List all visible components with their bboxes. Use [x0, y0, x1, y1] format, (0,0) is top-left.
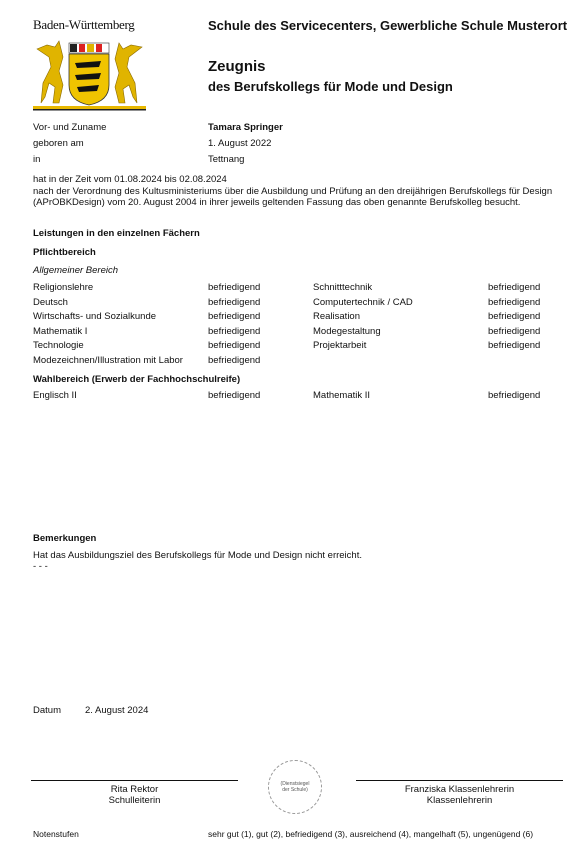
attendance-period: hat in der Zeit vom 01.08.2024 bis 02.08…: [33, 174, 573, 186]
allgemein-heading: Allgemeiner Bereich: [33, 265, 118, 276]
remarks-heading: Bemerkungen: [33, 533, 96, 544]
grade-value: befriedigend: [488, 340, 540, 351]
grade-scale: sehr gut (1), gut (2), befriedigend (3),…: [208, 829, 533, 839]
pflicht-heading: Pflichtbereich: [33, 247, 96, 258]
grade-value: befriedigend: [208, 340, 260, 351]
state-name: Baden-Württemberg: [33, 17, 135, 33]
attendance-paragraph: hat in der Zeit vom 01.08.2024 bis 02.08…: [33, 174, 573, 209]
school-name: Schule des Servicecenters, Gewerbliche S…: [208, 18, 578, 33]
date-value: 2. August 2024: [85, 705, 148, 716]
school-seal-placeholder: (Dienstsiegel der Schule): [268, 760, 322, 814]
teacher-name: Franziska Klassenlehrerin: [356, 784, 563, 795]
document-title: Zeugnis: [208, 58, 266, 75]
document-subtitle: des Berufskollegs für Mode und Design: [208, 79, 508, 95]
remarks-text: Hat das Ausbildungsziel des Berufskolleg…: [33, 550, 362, 561]
subject-name: Religionslehre: [33, 282, 93, 293]
birth-date-label: geboren am: [33, 138, 84, 149]
grade-scale-label: Notenstufen: [33, 829, 79, 839]
regulation-text: nach der Verordnung des Kultusministeriu…: [33, 186, 573, 209]
date-label: Datum: [33, 705, 61, 716]
remarks-filler: - - -: [33, 561, 48, 572]
grade-value: befriedigend: [488, 311, 540, 322]
signature-left: Rita Rektor Schulleiterin: [31, 784, 238, 806]
subject-name: Realisation: [313, 311, 360, 322]
grade-value: befriedigend: [488, 390, 540, 401]
signature-line-left: [31, 780, 238, 781]
subject-name: Computertechnik / CAD: [313, 297, 413, 308]
subject-name: Modezeichnen/Illustration mit Labor: [33, 355, 183, 366]
teacher-role: Klassenlehrerin: [356, 795, 563, 806]
grade-value: befriedigend: [208, 297, 260, 308]
grades-heading: Leistungen in den einzelnen Fächern: [33, 228, 200, 239]
name-label: Vor- und Zuname: [33, 122, 106, 133]
grade-value: befriedigend: [208, 326, 260, 337]
birth-date: 1. August 2022: [208, 138, 271, 149]
subject-name: Technologie: [33, 340, 84, 351]
subject-name: Deutsch: [33, 297, 68, 308]
principal-role: Schulleiterin: [31, 795, 238, 806]
subject-name: Mathematik II: [313, 390, 370, 401]
birth-place: Tettnang: [208, 154, 244, 165]
wahl-heading: Wahlbereich (Erwerb der Fachhochschulrei…: [33, 374, 240, 385]
principal-name: Rita Rektor: [31, 784, 238, 795]
subject-name: Englisch II: [33, 390, 77, 401]
student-name: Tamara Springer: [208, 122, 283, 133]
subject-name: Projektarbeit: [313, 340, 366, 351]
grade-value: befriedigend: [208, 311, 260, 322]
subject-name: Wirtschafts- und Sozialkunde: [33, 311, 156, 322]
grade-value: befriedigend: [208, 355, 260, 366]
signature-right: Franziska Klassenlehrerin Klassenlehreri…: [356, 784, 563, 806]
grade-value: befriedigend: [488, 326, 540, 337]
coat-of-arms-icon: [33, 37, 146, 112]
signature-line-right: [356, 780, 563, 781]
seal-text-line2: der Schule): [281, 787, 310, 793]
birth-place-label: in: [33, 154, 40, 165]
subject-name: Schnitttechnik: [313, 282, 372, 293]
subject-name: Modegestaltung: [313, 326, 381, 337]
subject-name: Mathematik I: [33, 326, 87, 337]
grade-value: befriedigend: [208, 390, 260, 401]
grade-value: befriedigend: [488, 297, 540, 308]
grade-value: befriedigend: [488, 282, 540, 293]
grade-value: befriedigend: [208, 282, 260, 293]
